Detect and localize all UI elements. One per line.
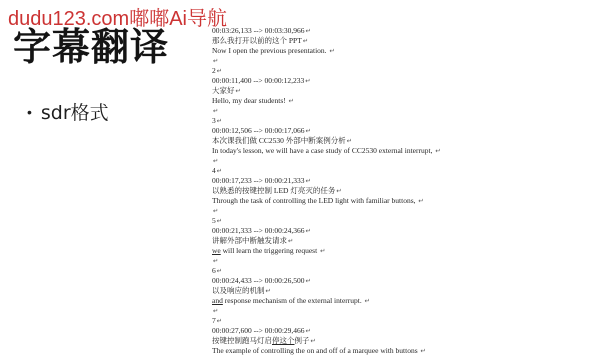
return-mark-icon: ↵ [289,97,294,105]
return-mark-icon: ↵ [435,147,440,155]
return-mark-icon: ↵ [217,317,222,325]
subtitle-blank-line: ↵ [212,256,598,266]
return-mark-icon: ↵ [266,287,271,295]
subtitle-zh-line: 以及响应的机制↵ [212,286,598,296]
return-mark-icon: ↵ [347,137,352,145]
subtitle-index-line: 5↵ [212,216,598,226]
subtitle-index-line: 6↵ [212,266,598,276]
subtitle-time-line: 00:00:17,233 --> 00:00:21,333↵ [212,176,598,186]
return-mark-icon: ↵ [306,277,311,285]
subtitle-blank-line: ↵ [212,206,598,216]
return-mark-icon: ↵ [329,47,334,55]
subtitle-en-line: we will learn the triggering request ↵ [212,246,598,256]
return-mark-icon: ↵ [217,67,222,75]
subtitle-zh-line: 按键控制跑马灯启停这个例子↵ [212,336,598,346]
watermark-text: dudu123.com嘟嘟Ai导航 [8,2,227,31]
subtitle-zh-line: 以熟悉的按键控制 LED 灯亮灭的任务↵ [212,186,598,196]
return-mark-icon: ↵ [213,157,218,165]
subtitle-time-line: 00:00:11,400 --> 00:00:12,233↵ [212,76,598,86]
bullet-label: sdr格式 [41,98,109,125]
return-mark-icon: ↵ [217,217,222,225]
return-mark-icon: ↵ [217,167,222,175]
return-mark-icon: ↵ [365,297,370,305]
return-mark-icon: ↵ [306,227,311,235]
return-mark-icon: ↵ [288,237,293,245]
return-mark-icon: ↵ [320,247,325,255]
subtitle-en-line: In today's lesson, we will have a case s… [212,146,598,156]
subtitle-index-line: 4↵ [212,166,598,176]
return-mark-icon: ↵ [217,267,222,275]
return-mark-icon: ↵ [306,127,311,135]
return-mark-icon: ↵ [421,347,426,355]
return-mark-icon: ↵ [213,207,218,215]
return-mark-icon: ↵ [213,307,218,315]
subtitle-en-line: The example of controlling the on and of… [212,346,598,356]
return-mark-icon: ↵ [305,77,310,85]
return-mark-icon: ↵ [336,187,341,195]
subtitle-index-line: 7↵ [212,316,598,326]
return-mark-icon: ↵ [306,177,311,185]
return-mark-icon: ↵ [213,257,218,265]
return-mark-icon: ↵ [213,57,218,65]
bullet-icon: • [27,105,32,119]
return-mark-icon: ↵ [418,197,423,205]
subtitle-blank-line: ↵ [212,56,598,66]
subtitle-blank-line: ↵ [212,306,598,316]
subtitle-time-line: 00:00:12,506 --> 00:00:17,066↵ [212,126,598,136]
return-mark-icon: ↵ [236,87,241,95]
subtitle-zh-line: 那么我打开以前的这个 PPT↵ [212,36,598,46]
bullet-item: • sdr格式 [27,98,109,125]
subtitle-blank-line: ↵ [212,106,598,116]
return-mark-icon: ↵ [311,337,316,345]
return-mark-icon: ↵ [306,327,311,335]
return-mark-icon: ↵ [303,37,308,45]
subtitle-blank-line: ↵ [212,156,598,166]
subtitle-zh-line: 大家好↵ [212,86,598,96]
subtitle-zh-line: 本次课我们做 CC2530 外部中断案例分析↵ [212,136,598,146]
subtitle-en-line: and response mechanism of the external i… [212,296,598,306]
subtitle-en-line: Hello, my dear students! ↵ [212,96,598,106]
subtitle-en-line: Now I open the previous presentation. ↵ [212,46,598,56]
subtitle-time-line: 00:03:26,133 --> 00:03:30,966↵ [212,26,598,36]
subtitle-time-line: 00:00:21,333 --> 00:00:24,366↵ [212,226,598,236]
subtitle-index-line: 3↵ [212,116,598,126]
return-mark-icon: ↵ [213,107,218,115]
return-mark-icon: ↵ [217,117,222,125]
return-mark-icon: ↵ [306,27,311,35]
subtitle-index-line: 2↵ [212,66,598,76]
subtitle-en-line: Through the task of controlling the LED … [212,196,598,206]
subtitle-zh-line: 讲解外部中断触发请求↵ [212,236,598,246]
subtitle-time-line: 00:00:24,433 --> 00:00:26,500↵ [212,276,598,286]
subtitle-document: 00:03:26,133 --> 00:03:30,966↵那么我打开以前的这个… [212,26,598,356]
subtitle-time-line: 00:00:27,600 --> 00:00:29,466↵ [212,326,598,336]
